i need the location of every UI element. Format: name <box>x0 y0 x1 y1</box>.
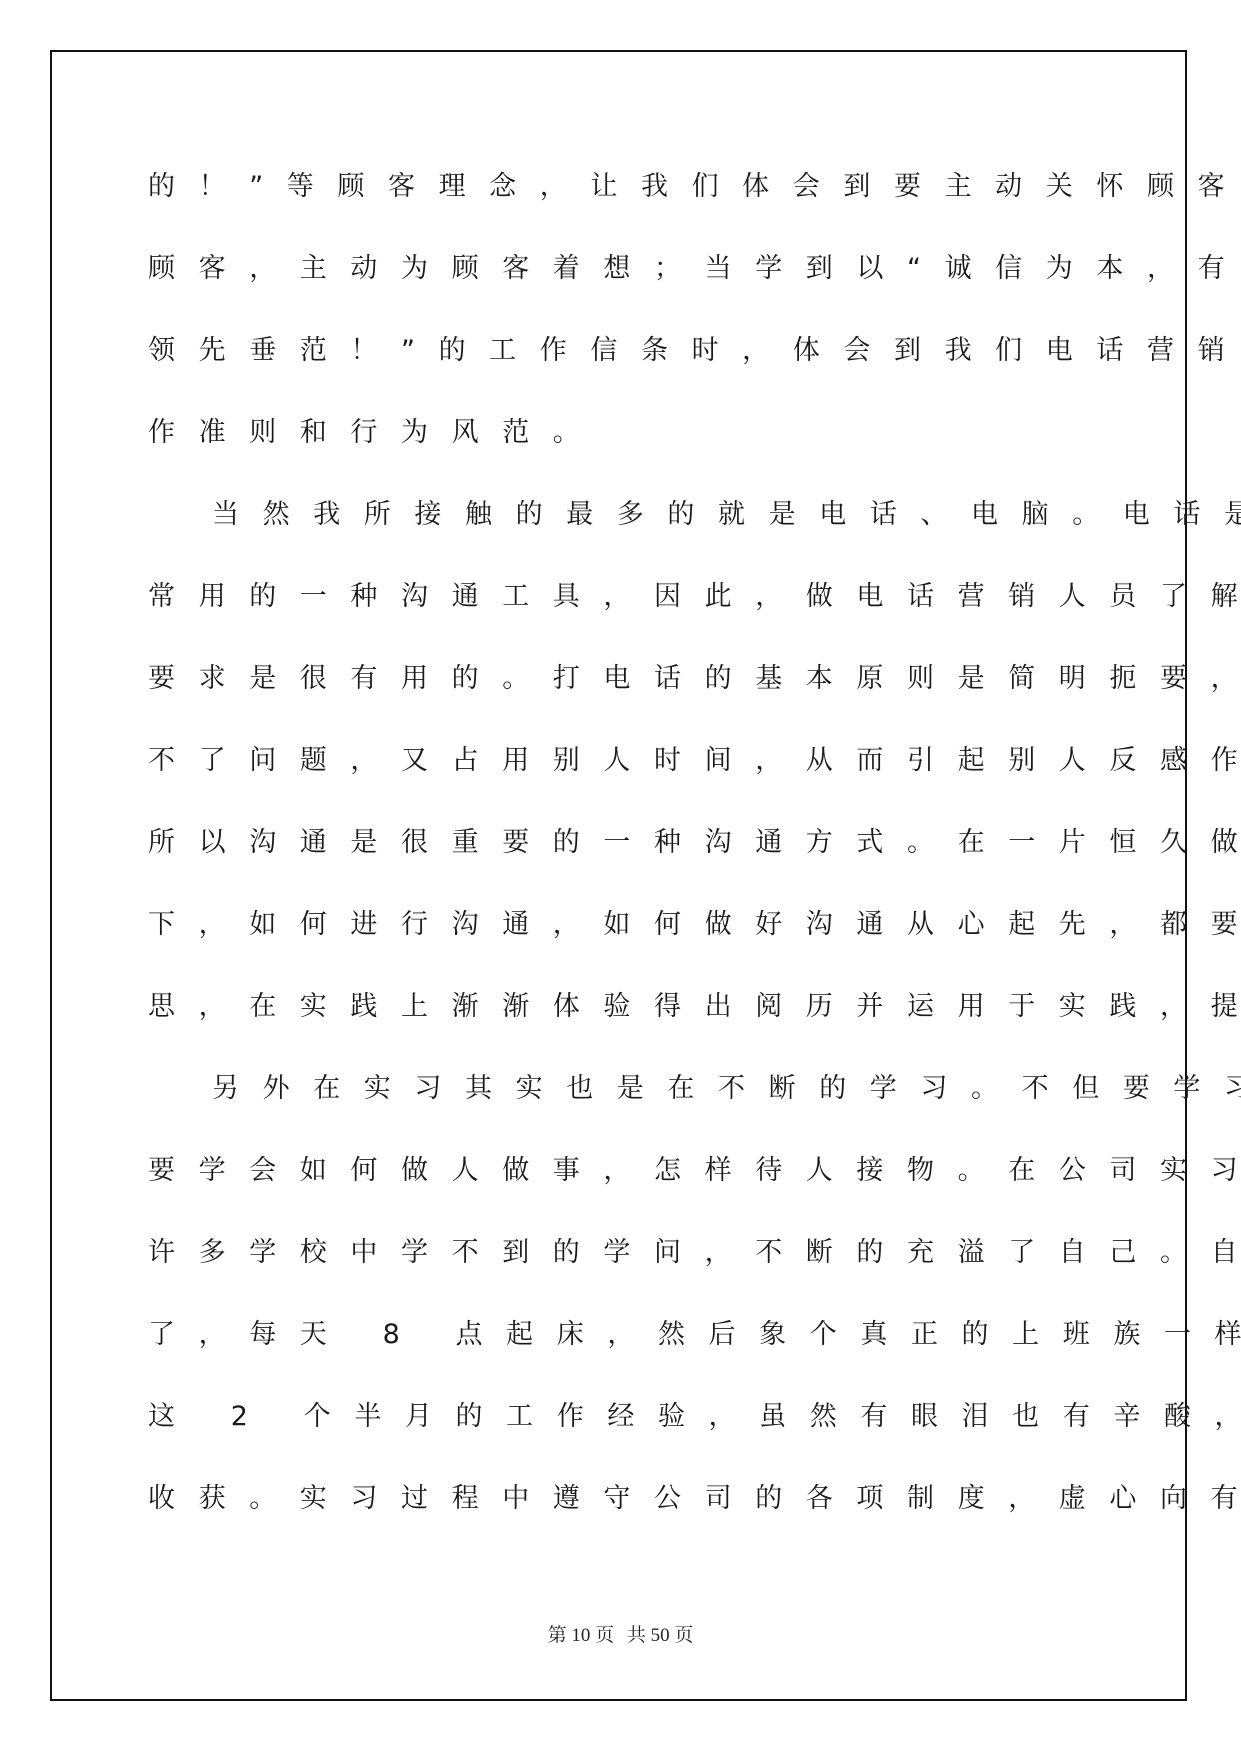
document-body: 的！”等顾客理念，让我们体会到要主动关怀顾客，了解顾客，沟通 顾客，主动为顾客着… <box>148 166 1108 1560</box>
paragraph: 另外在实习其实也是在不断的学习。不但要学习产品学问，而且 要学会如何做人做事，怎… <box>148 1068 1108 1560</box>
paragraph: 当然我所接触的最多的就是电话、电脑。电话是现代商人越来越 常用的一种沟通工具，因… <box>148 494 1108 1068</box>
text-line: 作准则和行为风范。 <box>148 412 1108 494</box>
text-line: 收获。实习过程中遵守公司的各项制度，虚心向有阅历的同事学习。 <box>148 1478 1108 1560</box>
text-line: 当然我所接触的最多的就是电话、电脑。电话是现代商人越来越 <box>148 494 1108 576</box>
text-line: 了，每天 8 点起床，然后象个真正的上班族一样上班。回想起自己的 <box>148 1314 1108 1396</box>
text-line: 的！”等顾客理念，让我们体会到要主动关怀顾客，了解顾客，沟通 <box>148 166 1108 248</box>
text-line: 不了问题，又占用别人时间，从而引起别人反感作为一名话务销售， <box>148 740 1108 822</box>
page-footer: 第 10 页 共 50 页 <box>0 1620 1241 1647</box>
text-line: 要求是很有用的。打电话的基本原则是简明扼要，切忌罗嗦，既突出 <box>148 658 1108 740</box>
text-line: 要学会如何做人做事，怎样待人接物。在公司实习这段时间我学会了 <box>148 1150 1108 1232</box>
text-line: 领先垂范！”的工作信条时，体会到我们电话营销中心应当坚持的工 <box>148 330 1108 412</box>
text-line: 常用的一种沟通工具，因此，做电话营销人员了解一下打电话的一般 <box>148 576 1108 658</box>
text-line: 许多学校中学不到的学问，不断的充溢了自己。自己已经不一个学生 <box>148 1232 1108 1314</box>
text-line: 下，如何进行沟通，如何做好沟通从心起先，都要留给我们自己去深 <box>148 904 1108 986</box>
text-line: 另外在实习其实也是在不断的学习。不但要学习产品学问，而且 <box>148 1068 1108 1150</box>
total-page-count: 共 50 页 <box>627 1625 694 1646</box>
text-line: 这 2 个半月的工作经验，虽然有眼泪也有辛酸，但最多的还是历练与 <box>148 1396 1108 1478</box>
text-line: 所以沟通是很重要的一种沟通方式。在一片恒久做不完的业务的前景 <box>148 822 1108 904</box>
text-line: 思，在实践上渐渐体验得出阅历并运用于实践，提高自己的工作效率！ <box>148 986 1108 1068</box>
text-line: 顾客，主动为顾客着想；当学到以“诚信为本，有诺必践，恪尽职守， <box>148 248 1108 330</box>
current-page-number: 第 10 页 <box>548 1625 615 1646</box>
paragraph: 的！”等顾客理念，让我们体会到要主动关怀顾客，了解顾客，沟通 顾客，主动为顾客着… <box>148 166 1108 494</box>
